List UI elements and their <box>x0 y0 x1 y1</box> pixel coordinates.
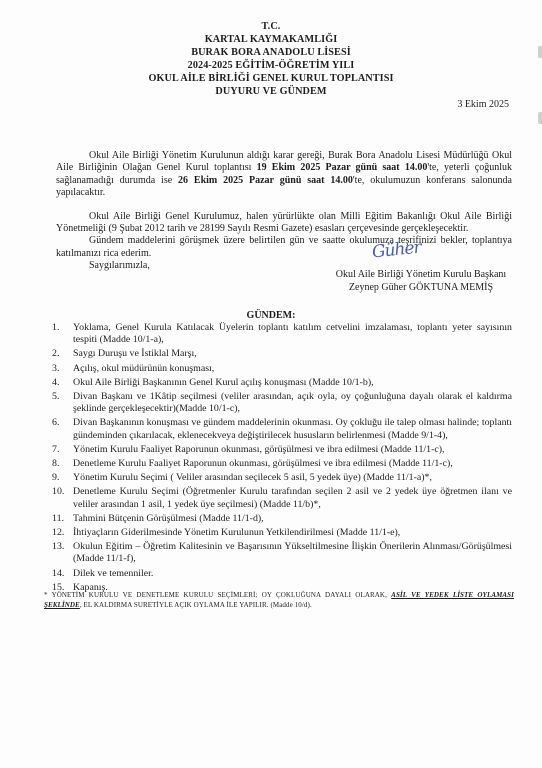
document-page: T.C. KARTAL KAYMAKAMLIĞI BURAK BORA ANAD… <box>0 0 542 768</box>
header-line: BURAK BORA ANADOLU LİSESİ <box>0 46 542 59</box>
scan-punch-mark <box>538 112 542 124</box>
agenda-item: 9.Yönetim Kurulu Seçimi ( Veliler arasın… <box>52 472 512 484</box>
agenda-item-text: Dilek ve temenniler. <box>73 568 153 579</box>
agenda-item-number: 1. <box>52 322 59 334</box>
agenda-item: 14.Dilek ve temenniler. <box>52 568 512 580</box>
agenda-item-text: Denetleme Kurulu Seçimi (Öğretmenler Kur… <box>73 486 512 509</box>
agenda-item: 13.Okulun Eğitim – Öğretim Kalitesinin v… <box>52 541 512 565</box>
agenda-item-number: 11. <box>52 513 64 525</box>
first-meeting-date: 19 Ekim 2025 Pazar günü saat 14.00 <box>257 162 428 173</box>
agenda-item-number: 2. <box>52 348 59 360</box>
agenda-title: GÜNDEM: <box>0 310 542 321</box>
agenda-item: 11.Tahmini Bütçenin Görüşülmesi (Madde 1… <box>52 513 512 525</box>
agenda-item: 4.Okul Aile Birliği Başkanının Genel Kur… <box>52 377 512 389</box>
agenda-item-text: İhtiyaçların Giderilmesinde Yönetim Kuru… <box>73 527 400 538</box>
paragraph-meeting-info: Okul Aile Birliği Yönetim Kurulunun aldı… <box>56 150 512 200</box>
agenda-item-text: Saygı Duruşu ve İstiklal Marşı, <box>73 348 197 359</box>
text: * YÖNETİM KURULU VE DENETLEME KURULU SEÇ… <box>44 591 391 599</box>
agenda-item-number: 12. <box>52 527 64 539</box>
agenda-item-text: Divan Başkanının konuşması ve gündem mad… <box>73 417 512 440</box>
agenda-item-text: Okulun Eğitim – Öğretim Kalitesinin ve B… <box>73 541 512 564</box>
agenda-item-number: 5. <box>52 391 59 403</box>
agenda-list: 1.Yoklama, Genel Kurula Katılacak Üyeler… <box>52 322 512 596</box>
agenda-item: 3.Açılış, okul müdürünün konuşması, <box>52 363 512 375</box>
header-line: T.C. <box>0 20 542 33</box>
agenda-item-text: Açılış, okul müdürünün konuşması, <box>73 363 214 374</box>
header-line: 2024-2025 EĞİTİM-ÖĞRETİM YILI <box>0 59 542 72</box>
announcement-body: Okul Aile Birliği Yönetim Kurulunun aldı… <box>56 150 512 273</box>
document-date: 3 Ekim 2025 <box>457 99 509 110</box>
document-header: T.C. KARTAL KAYMAKAMLIĞI BURAK BORA ANAD… <box>0 20 542 98</box>
paragraph-regulation: Okul Aile Birliği Genel Kurulumuz, halen… <box>56 211 512 236</box>
agenda-item: 7.Yönetim Kurulu Faaliyet Raporunun okun… <box>52 444 512 456</box>
agenda-item-number: 4. <box>52 377 59 389</box>
agenda-item: 1.Yoklama, Genel Kurula Katılacak Üyeler… <box>52 322 512 346</box>
text: , EL KALDIRMA SURETİYLE AÇIK OYLAMA İLE … <box>80 601 312 609</box>
agenda-item: 8.Denetleme Kurulu Faaliyet Raporunun ok… <box>52 458 512 470</box>
paragraph-invitation: Gündem maddelerini görüşmek üzere belirt… <box>56 235 512 260</box>
agenda-item-number: 7. <box>52 444 59 456</box>
agenda-item: 10.Denetleme Kurulu Seçimi (Öğretmenler … <box>52 486 512 510</box>
agenda-item-text: Denetleme Kurulu Faaliyet Raporunun okun… <box>73 458 453 469</box>
agenda-item-number: 14. <box>52 568 64 580</box>
agenda-item-number: 13. <box>52 541 64 553</box>
agenda-item-number: 9. <box>52 472 59 484</box>
agenda-item-text: Okul Aile Birliği Başkanının Genel Kurul… <box>73 377 374 388</box>
header-line: KARTAL KAYMAKAMLIĞI <box>0 33 542 46</box>
agenda-item-text: Yönetim Kurulu Faaliyet Raporunun okunma… <box>73 444 445 455</box>
agenda-item-text: Yoklama, Genel Kurula Katılacak Üyelerin… <box>73 322 512 345</box>
signer-name: Zeynep Güher GÖKTUNA MEMİŞ <box>316 282 526 295</box>
agenda-item-text: Divan Başkanı ve 1Kâtip seçilmesi (velil… <box>73 391 512 414</box>
agenda-item-number: 6. <box>52 417 59 429</box>
second-meeting-date: 26 Ekim 2025 Pazar günü saat 14.00 <box>178 175 353 186</box>
agenda-item: 5.Divan Başkanı ve 1Kâtip seçilmesi (vel… <box>52 391 512 415</box>
agenda-item-text: Yönetim Kurulu Seçimi ( Veliler arasında… <box>73 472 432 483</box>
agenda-item-number: 3. <box>52 363 59 375</box>
agenda-item: 2.Saygı Duruşu ve İstiklal Marşı, <box>52 348 512 360</box>
election-footnote: * YÖNETİM KURULU VE DENETLEME KURULU SEÇ… <box>44 590 514 610</box>
signer-title: Okul Aile Birliği Yönetim Kurulu Başkanı <box>316 269 526 282</box>
header-line: DUYURU VE GÜNDEM <box>0 85 542 98</box>
agenda-item-number: 8. <box>52 458 59 470</box>
signer-block: Okul Aile Birliği Yönetim Kurulu Başkanı… <box>316 269 526 294</box>
agenda-item: 12.İhtiyaçların Giderilmesinde Yönetim K… <box>52 527 512 539</box>
agenda-item-text: Tahmini Bütçenin Görüşülmesi (Madde 11/1… <box>73 513 264 524</box>
header-line: OKUL AİLE BİRLİĞİ GENEL KURUL TOPLANTISI <box>0 72 542 85</box>
agenda-item-number: 10. <box>52 486 64 498</box>
agenda-item: 6.Divan Başkanının konuşması ve gündem m… <box>52 417 512 441</box>
